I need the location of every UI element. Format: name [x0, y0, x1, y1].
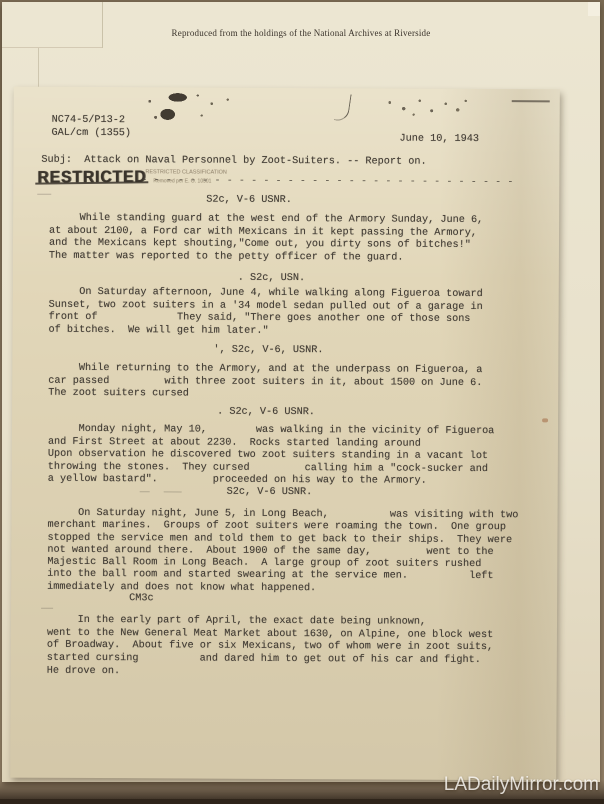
paper-fold-line	[2, 47, 102, 48]
restricted-stamp: RESTRICTED	[37, 168, 146, 188]
pencil-mark	[164, 491, 182, 492]
pencil-mark	[41, 608, 53, 609]
report-section-heading: . S2c, USN.	[238, 273, 305, 286]
report-section-body: On Saturday night, June 5, in Long Beach…	[47, 508, 518, 597]
pencil-mark	[37, 194, 51, 195]
report-section-body: While standing guard at the west end of …	[49, 213, 483, 266]
paper-corner	[588, 2, 600, 16]
ink-mark	[334, 92, 352, 122]
ink-smudge	[142, 89, 238, 124]
watermark: LADailyMirror.com	[444, 774, 599, 796]
archive-reproduction-note: Reproduced from the holdings of the Nati…	[2, 28, 600, 38]
report-section-body: In the early part of April, the exact da…	[47, 615, 494, 681]
file-number: NC74-5/P13-2	[52, 115, 125, 128]
memo-date: June 10, 1943	[400, 134, 480, 147]
report-section-body: On Saturday afternoon, June 4, while wal…	[48, 287, 482, 340]
paper-fold-line	[38, 48, 39, 90]
report-section-body: Monday night, May 10, was walking in the…	[48, 424, 495, 489]
office-code: GAL/cm (1355)	[52, 128, 132, 141]
report-section-heading: ', S2c, V-6, USNR.	[213, 345, 323, 358]
dashed-rule: - - - - - - - - - - - - - - - - - - - - …	[141, 175, 513, 188]
margin-mark	[542, 418, 548, 422]
ink-smudge	[380, 94, 472, 118]
report-section-heading: S2c, V-6 USNR.	[206, 195, 292, 208]
memo-sheet: NC74-5/P13-2 GAL/cm (1355) June 10, 1943…	[10, 87, 560, 781]
photo-bottom-edge	[0, 799, 604, 804]
report-section-heading: . S2c, V-6 USNR.	[217, 407, 315, 420]
photo-frame: Reproduced from the holdings of the Nati…	[0, 0, 604, 804]
pen-line	[512, 100, 550, 102]
report-section-body: While returning to the Armory, and at th…	[48, 363, 482, 403]
paper-fold-line	[102, 2, 103, 48]
report-section-heading: CM3c	[129, 593, 154, 606]
pencil-mark	[140, 491, 150, 492]
report-section-heading: S2c, V-6 USNR.	[227, 487, 313, 500]
